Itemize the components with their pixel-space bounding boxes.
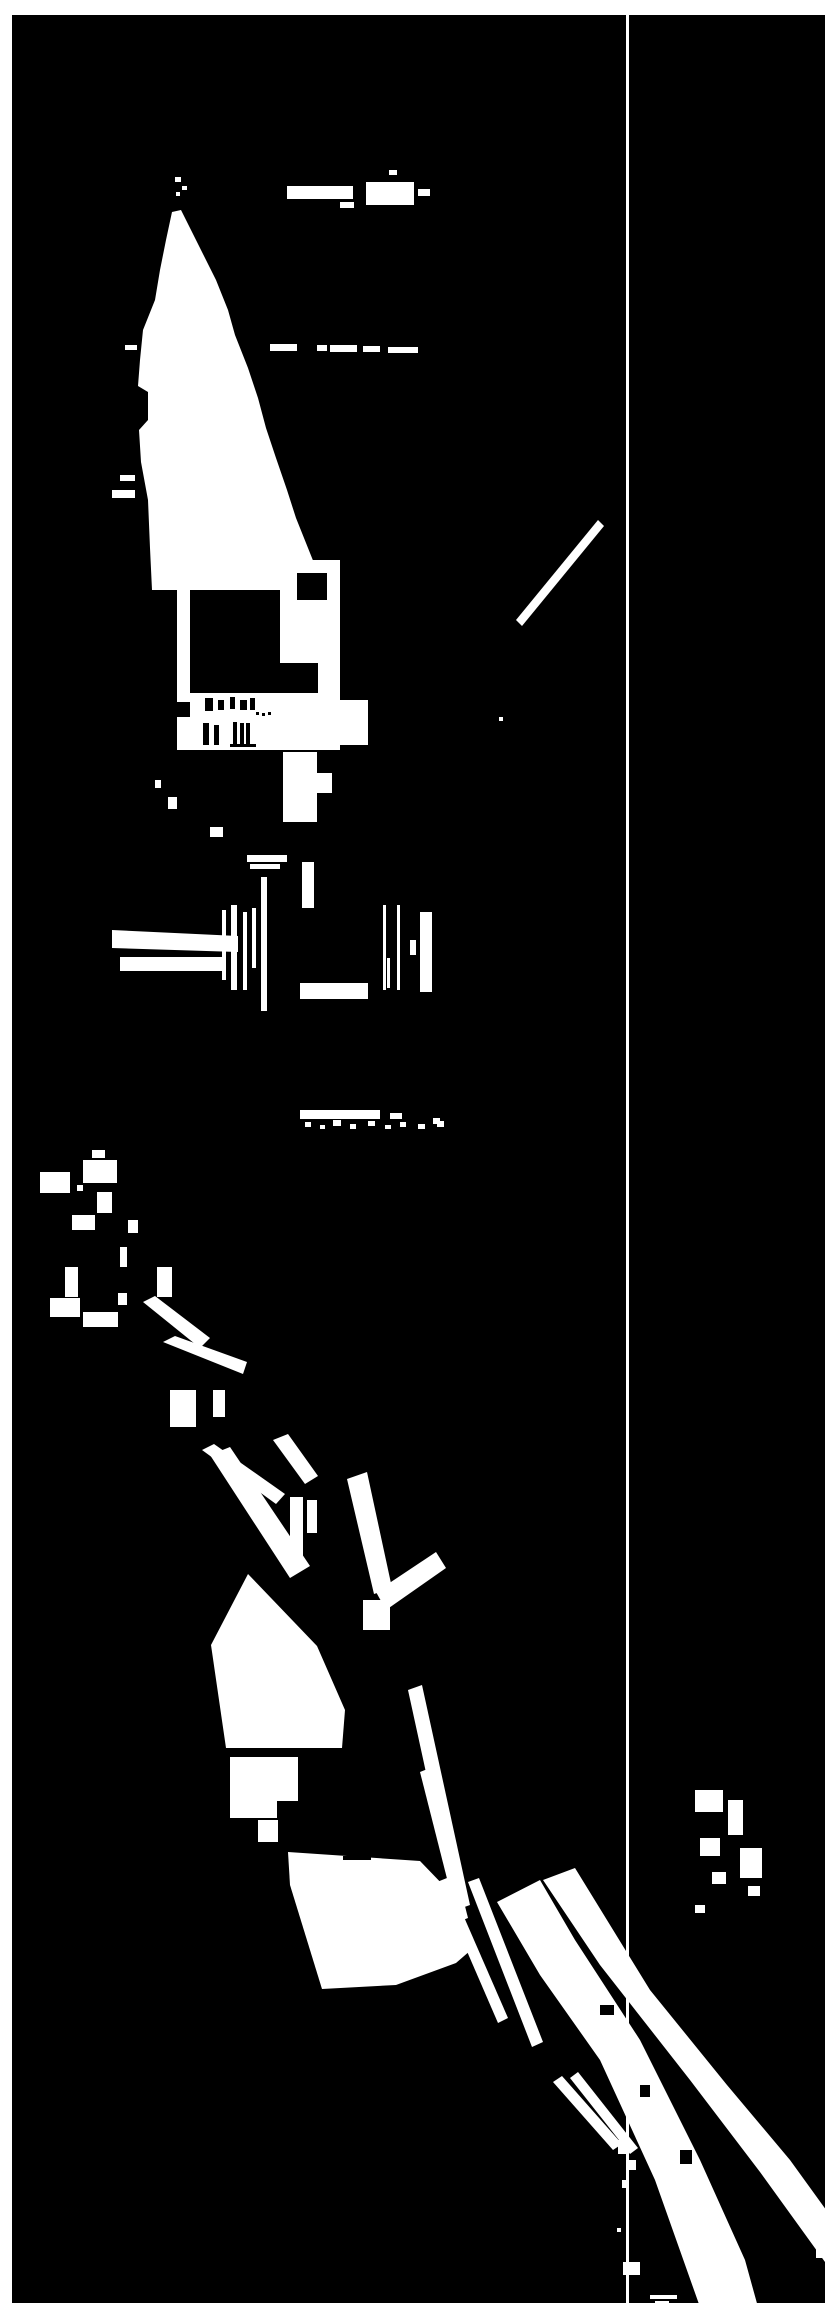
scanned-page [0,0,840,2320]
vline-speck-2 [628,2160,636,2170]
debris-chain-12 [83,1312,118,1327]
roadside-cluster-5 [712,1872,726,1884]
roadside-cluster-4 [740,1848,762,1878]
panel-top-line [343,1856,371,1860]
debris-chain-10 [157,1267,172,1297]
road-texture-2 [640,2085,650,2097]
floor-dot-a [390,1113,402,1119]
debris-chain-11 [50,1298,80,1317]
dashed-line-seg-2 [317,345,327,351]
window-notch [297,573,327,600]
facade-dash-a [247,855,287,862]
road-texture-3 [680,2150,692,2164]
panel-blob [258,1820,278,1842]
dashed-line-seg-5 [388,347,418,353]
equal-mark-a [650,2295,677,2299]
speck-row-2 [320,1125,325,1129]
roadside-speck [695,1905,705,1913]
facade-speck-a [155,780,161,788]
beam-dash-c [125,345,137,350]
speck-row-1 [305,1122,311,1127]
roadside-cluster-3 [700,1838,720,1856]
beam-speck-c [176,192,180,196]
debris-chain-2 [83,1160,117,1183]
debris-chain-7 [128,1220,138,1233]
post-right-4 [410,940,416,955]
glyph-dot-1 [256,712,259,715]
debris-chain-1 [92,1150,105,1158]
vline-blob [623,2262,640,2275]
dashed-line-seg-3 [330,345,357,352]
check-blob [363,1600,390,1630]
speck-row-8 [418,1124,425,1129]
floor-streak-right [300,983,368,999]
debris-chain-6 [72,1215,95,1230]
beam-dash-a [120,475,135,481]
scaffold-strip [213,1390,225,1417]
divider-line [626,15,629,2303]
ceiling-light-dash-a [418,189,430,196]
roadside-cluster-1 [695,1790,723,1812]
debris-chain-5 [97,1192,112,1213]
facade-top-strip [187,560,280,589]
post-left-4 [252,908,256,968]
window-inner-dash [210,827,223,837]
debris-chain-13 [118,1293,127,1305]
glyph-bar-4 [240,723,244,747]
post-right-1 [383,905,386,990]
glyph-mark-2 [218,700,224,710]
dashed-line-seg-4 [363,346,380,352]
speck-row-7 [400,1122,406,1127]
post-left-1 [222,910,226,980]
glyph-mark-1 [205,698,213,711]
glyph-dot-3 [268,712,271,715]
floor-streak-second [120,957,225,971]
glyph-bar-5 [246,723,250,747]
glyph-bar-2 [214,725,219,745]
facade-lower-column [283,752,317,822]
glyph-underline [230,744,256,747]
debris-chain-8 [120,1247,127,1267]
floor-streak-low [300,1110,380,1119]
edge-bit-a [812,2210,825,2222]
speck-row-3 [333,1120,341,1126]
post-left-2 [231,905,237,990]
post-left-3 [243,912,247,990]
panel-quad-b [230,1790,277,1818]
beam-speck-a [175,177,181,182]
post-tall-pair [261,877,267,1011]
beam-dash-b [112,490,135,498]
glyph-bar-1 [203,723,209,745]
debris-chain-3 [40,1172,70,1193]
dashed-line-seg-1 [270,344,297,351]
post-right-3 [387,958,390,988]
road-texture-1 [600,2005,614,2015]
equal-mark-b [655,2301,669,2304]
glyph-mark-4 [240,700,247,710]
ceiling-light-bar [287,186,353,199]
edge-bit-b [816,2240,825,2258]
facade-band-lower [177,717,340,750]
vline-speck-4 [617,2228,621,2232]
facade-left-sliver [177,560,190,702]
debris-chain-4 [77,1185,83,1191]
glyph-dot-2 [262,713,265,716]
facade-lower-bits [317,773,332,793]
roadside-cluster-2 [728,1800,743,1835]
ceiling-light-block [366,182,414,205]
glyph-mark-3 [230,697,235,709]
tiny-speck [499,717,503,721]
speck-row-9 [437,1121,444,1127]
glyph-mark-5 [250,698,255,710]
scaffold-blob [170,1390,196,1427]
post-right-5 [420,912,432,992]
facade-right-step [318,663,340,695]
speck-row-6 [385,1125,391,1129]
facade-foot-column [302,862,314,908]
facade-arm [340,700,368,745]
debris-chain-9 [65,1267,78,1297]
facade-speck-b [168,797,177,809]
ceiling-light-dash-b [340,202,354,208]
glyph-bar-3 [233,722,237,746]
post-right-2 [397,905,400,990]
scaffold-post-a [290,1497,303,1557]
facade-dash-b [250,864,280,869]
beam-speck-b [182,186,187,190]
speck-row-5 [368,1121,375,1126]
ceiling-speck [389,170,397,175]
speck-row-4 [350,1124,356,1129]
roadside-cluster-6 [748,1886,760,1896]
binarized-photo [0,0,840,2320]
scaffold-post-b [307,1500,317,1533]
